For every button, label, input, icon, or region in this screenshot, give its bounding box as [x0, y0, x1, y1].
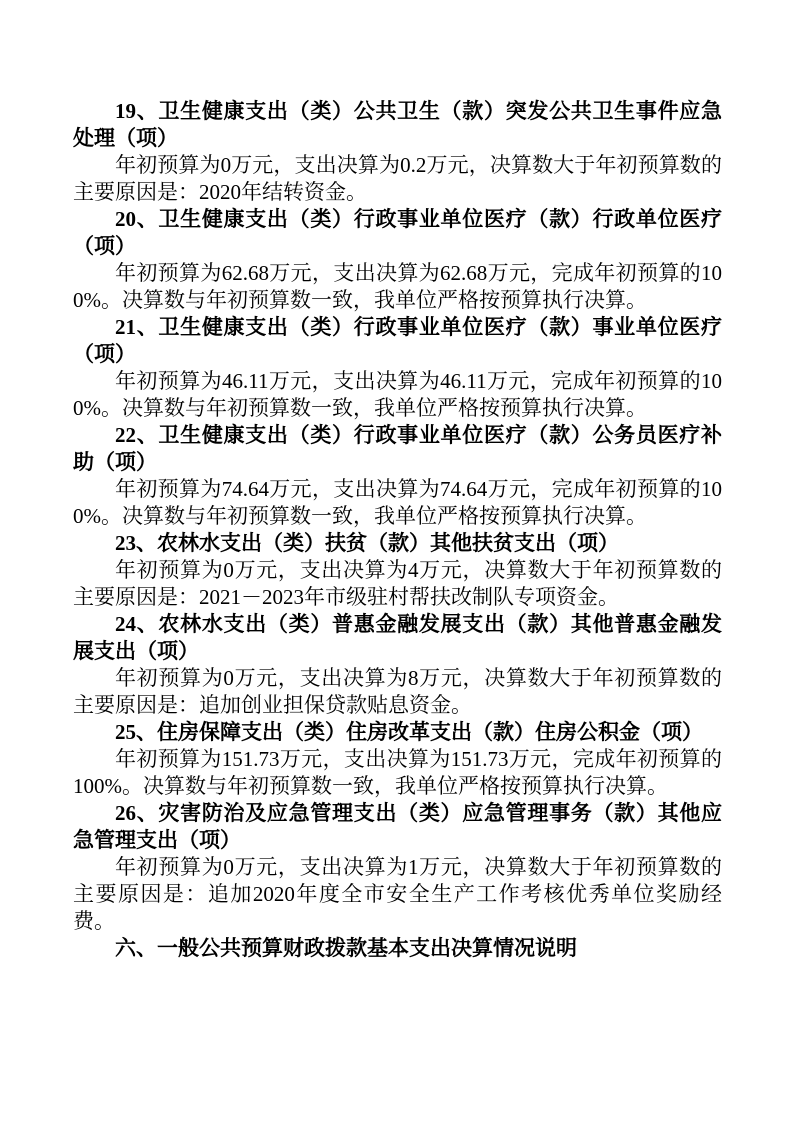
- section-heading: 六、一般公共预算财政拨款基本支出决算情况说明: [73, 935, 722, 962]
- section-heading: 20、卫生健康支出（类）行政事业单位医疗（款）行政单位医疗（项）: [73, 206, 722, 260]
- section-heading: 19、卫生健康支出（类）公共卫生（款）突发公共卫生事件应急处理（项）: [73, 98, 722, 152]
- section-heading: 24、农林水支出（类）普惠金融发展支出（款）其他普惠金融发展支出（项）: [73, 611, 722, 665]
- section-heading: 25、住房保障支出（类）住房改革支出（款）住房公积金（项）: [73, 719, 722, 746]
- document-page: 19、卫生健康支出（类）公共卫生（款）突发公共卫生事件应急处理（项）年初预算为0…: [0, 0, 793, 1122]
- section-heading: 22、卫生健康支出（类）行政事业单位医疗（款）公务员医疗补助（项）: [73, 422, 722, 476]
- document-content: 19、卫生健康支出（类）公共卫生（款）突发公共卫生事件应急处理（项）年初预算为0…: [73, 98, 722, 962]
- paragraph-text: 年初预算为0万元，支出决算为8万元，决算数大于年初预算数的主要原因是：追加创业担…: [73, 665, 722, 719]
- paragraph-text: 年初预算为0万元，支出决算为0.2万元，决算数大于年初预算数的主要原因是：202…: [73, 152, 722, 206]
- section-heading: 21、卫生健康支出（类）行政事业单位医疗（款）事业单位医疗（项）: [73, 314, 722, 368]
- paragraph-text: 年初预算为74.64万元，支出决算为74.64万元，完成年初预算的100%。决算…: [73, 476, 722, 530]
- paragraph-text: 年初预算为0万元，支出决算为1万元，决算数大于年初预算数的主要原因是：追加202…: [73, 854, 722, 935]
- paragraph-text: 年初预算为46.11万元，支出决算为46.11万元，完成年初预算的100%。决算…: [73, 368, 722, 422]
- paragraph-text: 年初预算为0万元，支出决算为4万元，决算数大于年初预算数的主要原因是：2021－…: [73, 557, 722, 611]
- section-heading: 23、农林水支出（类）扶贫（款）其他扶贫支出（项）: [73, 530, 722, 557]
- paragraph-text: 年初预算为62.68万元，支出决算为62.68万元，完成年初预算的100%。决算…: [73, 260, 722, 314]
- section-heading: 26、灾害防治及应急管理支出（类）应急管理事务（款）其他应急管理支出（项）: [73, 800, 722, 854]
- paragraph-text: 年初预算为151.73万元，支出决算为151.73万元，完成年初预算的100%。…: [73, 746, 722, 800]
